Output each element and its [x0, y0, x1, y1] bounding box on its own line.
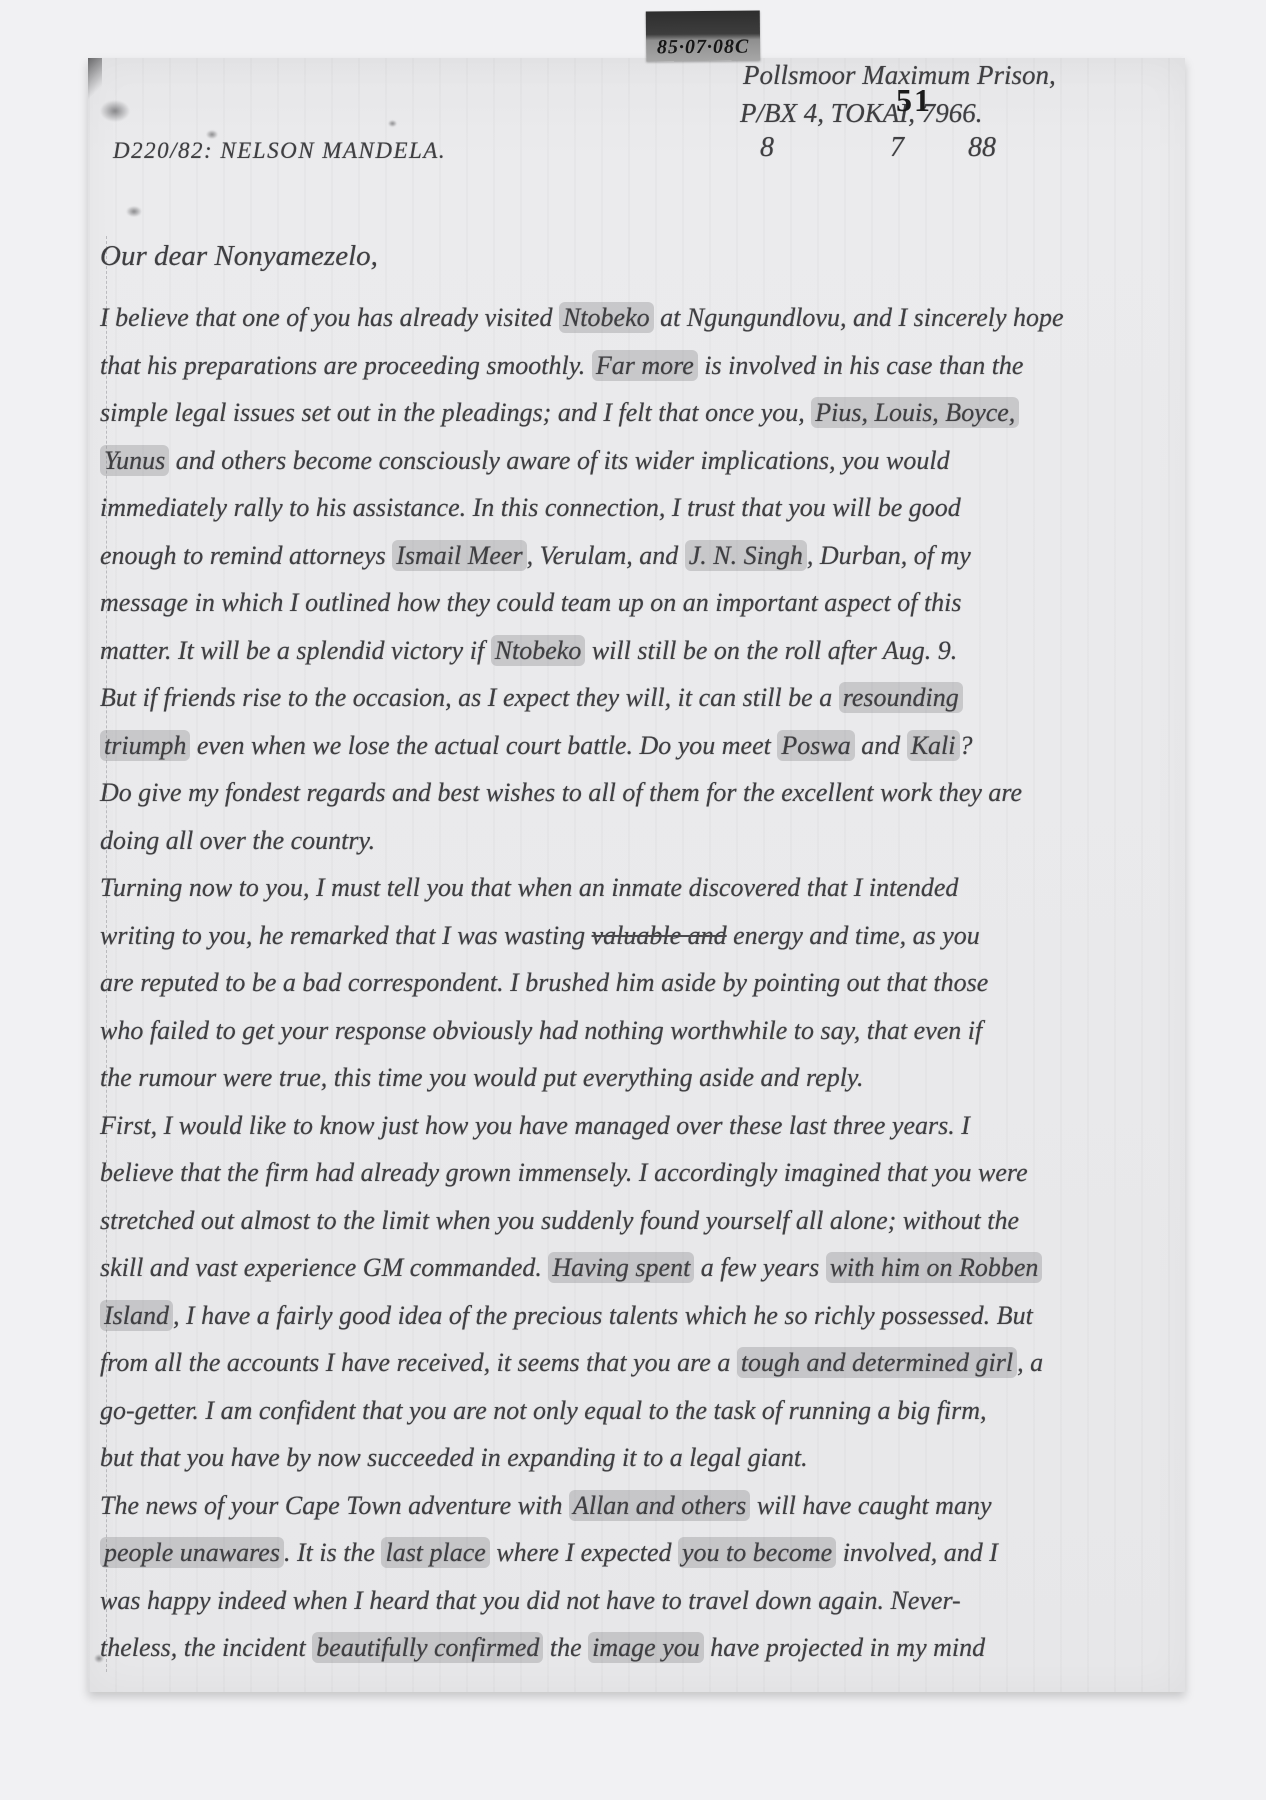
- archive-tab-label: 85·07·08C: [646, 36, 760, 60]
- highlighted-text: you to become: [678, 1537, 836, 1568]
- handwritten-text: believe that the firm had already grown …: [100, 1158, 1028, 1187]
- handwritten-text: the: [543, 1633, 588, 1662]
- highlighted-text: J. N. Singh: [685, 540, 807, 571]
- highlighted-text: Ntobeko: [491, 635, 586, 666]
- handwritten-text: , Verulam, and: [527, 541, 685, 570]
- letter-line: was happy indeed when I heard that you d…: [100, 1577, 1170, 1625]
- handwritten-text: stretched out almost to the limit when y…: [100, 1206, 1019, 1235]
- handwritten-text: immediately rally to his assistance. In …: [100, 493, 961, 522]
- letter-line: First, I would like to know just how you…: [100, 1102, 1170, 1150]
- letter-line: immediately rally to his assistance. In …: [100, 484, 1170, 532]
- handwritten-text: will still be on the roll after Aug. 9.: [585, 636, 957, 665]
- highlighted-text: resounding: [839, 682, 963, 713]
- letter-line: skill and vast experience GM commanded. …: [100, 1244, 1170, 1292]
- letter-line: matter. It will be a splendid victory if…: [100, 627, 1170, 675]
- highlighted-text: Far more: [592, 350, 698, 381]
- handwritten-text: matter. It will be a splendid victory if: [100, 636, 491, 665]
- letter-line: But if friends rise to the occasion, as …: [100, 674, 1170, 722]
- highlighted-text: with him on Robben: [826, 1252, 1043, 1283]
- page-number: 51: [896, 82, 932, 119]
- highlighted-text: Ntobeko: [559, 302, 654, 333]
- letter-line: that his preparations are proceeding smo…: [100, 342, 1170, 390]
- letter-line: The news of your Cape Town adventure wit…: [100, 1482, 1170, 1530]
- handwritten-text: a few years: [694, 1253, 825, 1282]
- handwritten-text: from all the accounts I have received, i…: [100, 1348, 737, 1377]
- highlighted-text: Pius, Louis, Boyce,: [811, 397, 1019, 428]
- handwritten-text: skill and vast experience GM commanded.: [100, 1253, 548, 1282]
- handwritten-text: doing all over the country.: [100, 826, 375, 855]
- highlighted-text: triumph: [100, 730, 190, 761]
- letter-line: from all the accounts I have received, i…: [100, 1339, 1170, 1387]
- highlighted-text: people unawares: [100, 1537, 284, 1568]
- handwritten-text: who failed to get your response obviousl…: [100, 1016, 982, 1045]
- handwritten-text: even when we lose the actual court battl…: [190, 731, 777, 760]
- letter-line: believe that the firm had already grown …: [100, 1149, 1170, 1197]
- letter-line: triumph even when we lose the actual cou…: [100, 722, 1170, 770]
- handwritten-text: and others become consciously aware of i…: [169, 446, 949, 475]
- paper-speck: [94, 1654, 104, 1663]
- handwritten-text: the rumour were true, this time you woul…: [100, 1063, 864, 1092]
- letter-line: enough to remind attorneys Ismail Meer, …: [100, 532, 1170, 580]
- handwritten-text: at Ngungundlovu, and I sincerely hope: [654, 303, 1064, 332]
- date-month: 7: [890, 132, 904, 164]
- letter-line: writing to you, he remarked that I was w…: [100, 912, 1170, 960]
- letter-line: Turning now to you, I must tell you that…: [100, 864, 1170, 912]
- letter-line: people unawares. It is the last place wh…: [100, 1529, 1170, 1577]
- highlighted-text: Island: [100, 1300, 173, 1331]
- highlighted-text: Ismail Meer: [392, 540, 526, 571]
- handwritten-text: simple legal issues set out in the plead…: [100, 398, 811, 427]
- handwritten-text: But if friends rise to the occasion, as …: [100, 683, 839, 712]
- handwritten-text: go-getter. I am confident that you are n…: [100, 1396, 987, 1425]
- handwritten-text: but that you have by now succeeded in ex…: [100, 1443, 808, 1472]
- letter-body: I believe that one of you has already vi…: [100, 294, 1170, 1672]
- handwritten-text: energy and time, as you: [727, 921, 980, 950]
- letter-line: Yunus and others become consciously awar…: [100, 437, 1170, 485]
- date-year: 88: [968, 132, 996, 164]
- handwritten-text: . It is the: [284, 1538, 382, 1567]
- letter-line: doing all over the country.: [100, 817, 1170, 865]
- prisoner-reference: D220/82: NELSON MANDELA.: [113, 138, 446, 164]
- highlighted-text: image you: [588, 1632, 704, 1663]
- date-day: 8: [760, 132, 774, 164]
- letter-page: 85·07·08C Pollsmoor Maximum Prison, P/BX…: [88, 58, 1185, 1692]
- highlighted-text: Kali: [907, 730, 960, 761]
- letter-line: but that you have by now succeeded in ex…: [100, 1434, 1170, 1482]
- letter-line: Island, I have a fairly good idea of the…: [100, 1292, 1170, 1340]
- handwritten-text: First, I would like to know just how you…: [100, 1111, 970, 1140]
- paper-speck: [388, 120, 397, 127]
- handwritten-text: Turning now to you, I must tell you that…: [100, 873, 958, 902]
- address-line-2: P/BX 4, TOKAI, 7966.: [740, 98, 983, 129]
- paper-speck: [126, 206, 142, 217]
- letter-line: theless, the incident beautifully confir…: [100, 1624, 1170, 1672]
- handwritten-text: enough to remind attorneys: [100, 541, 392, 570]
- letter-line: are reputed to be a bad correspondent. I…: [100, 959, 1170, 1007]
- handwritten-text: message in which I outlined how they cou…: [100, 588, 962, 617]
- handwritten-text: will have caught many: [750, 1491, 991, 1520]
- scan-background: 85·07·08C Pollsmoor Maximum Prison, P/BX…: [0, 0, 1266, 1800]
- letter-line: who failed to get your response obviousl…: [100, 1007, 1170, 1055]
- handwritten-text: , I have a fairly good idea of the preci…: [173, 1301, 1033, 1330]
- highlighted-text: tough and determined girl: [737, 1347, 1017, 1378]
- paper-speck: [206, 130, 218, 139]
- handwritten-text: that his preparations are proceeding smo…: [100, 351, 592, 380]
- handwritten-text: are reputed to be a bad correspondent. I…: [100, 968, 988, 997]
- highlighted-text: Having spent: [548, 1252, 694, 1283]
- corner-shadow: [88, 58, 102, 104]
- letter-line: the rumour were true, this time you woul…: [100, 1054, 1170, 1102]
- handwritten-text: ?: [960, 731, 973, 760]
- handwritten-text: I believe that one of you has already vi…: [100, 303, 559, 332]
- letter-line: simple legal issues set out in the plead…: [100, 389, 1170, 437]
- salutation: Our dear Nonyamezelo,: [100, 240, 378, 273]
- highlighted-text: Yunus: [100, 445, 169, 476]
- archive-tab: 85·07·08C: [646, 11, 760, 62]
- handwritten-text: where I expected: [490, 1538, 678, 1567]
- highlighted-text: last place: [381, 1537, 489, 1568]
- handwritten-text: and: [855, 731, 907, 760]
- highlighted-text: beautifully confirmed: [312, 1632, 543, 1663]
- letter-line: Do give my fondest regards and best wish…: [100, 769, 1170, 817]
- letter-line: go-getter. I am confident that you are n…: [100, 1387, 1170, 1435]
- letter-line: I believe that one of you has already vi…: [100, 294, 1170, 342]
- handwritten-text: have projected in my mind: [704, 1633, 985, 1662]
- handwritten-text: is involved in his case than the: [698, 351, 1024, 380]
- letter-line: stretched out almost to the limit when y…: [100, 1197, 1170, 1245]
- handwritten-text: was happy indeed when I heard that you d…: [100, 1586, 961, 1615]
- handwritten-text: The news of your Cape Town adventure wit…: [100, 1491, 569, 1520]
- highlighted-text: Poswa: [777, 730, 854, 761]
- handwritten-text: , a: [1017, 1348, 1043, 1377]
- struck-out-text: valuable and: [592, 921, 727, 950]
- handwritten-text: writing to you, he remarked that I was w…: [100, 921, 592, 950]
- letter-line: message in which I outlined how they cou…: [100, 579, 1170, 627]
- paper-speck: [100, 100, 130, 122]
- handwritten-text: , Durban, of my: [807, 541, 971, 570]
- highlighted-text: Allan and others: [569, 1490, 750, 1521]
- handwritten-text: theless, the incident: [100, 1633, 312, 1662]
- handwritten-text: involved, and I: [836, 1538, 998, 1567]
- handwritten-text: Do give my fondest regards and best wish…: [100, 778, 1022, 807]
